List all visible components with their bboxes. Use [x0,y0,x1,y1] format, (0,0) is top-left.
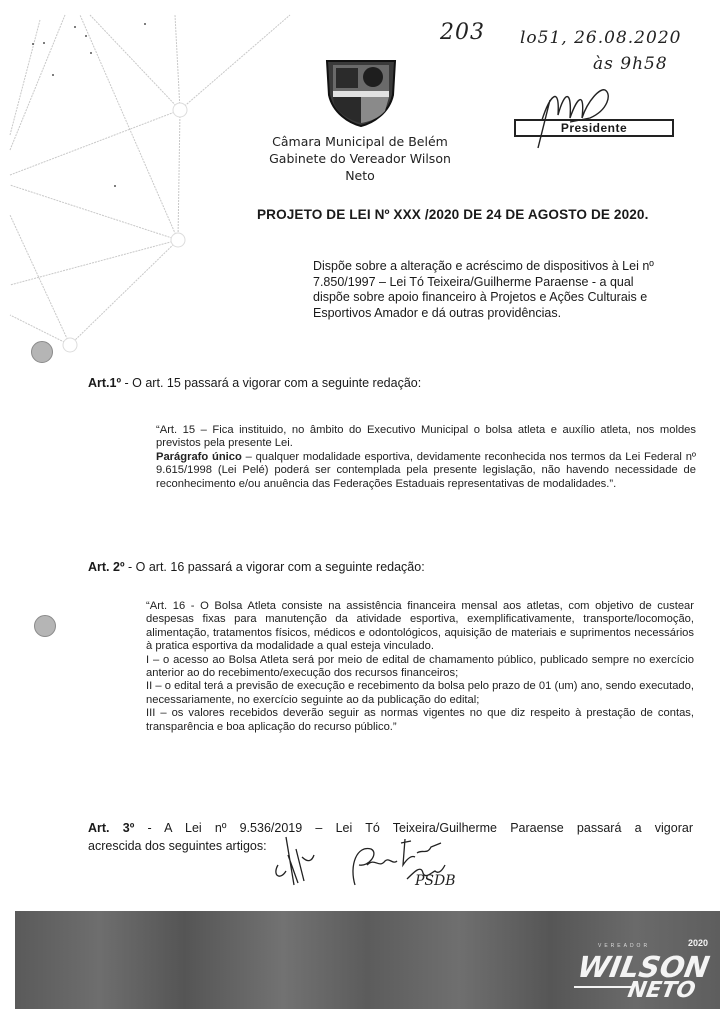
initials-signature [268,835,320,890]
president-stamp: Presidente [514,119,674,137]
article-16-item-2: II – o edital terá a previsão de execuçã… [146,680,694,707]
institution-name: Câmara Municipal de Belém [255,133,465,150]
brand-underline [574,986,634,988]
article-2-text: - O art. 16 passará a vigorar com a segu… [125,560,425,574]
article-1-label: Art.1º [88,376,121,390]
article-2-heading: Art. 2º - O art. 16 passará a vigorar co… [88,560,425,574]
article-3-continuation: acrescida dos seguintes artigos: [88,839,267,853]
handwritten-protocol-date: lo51, 26.08.2020 [520,28,681,48]
article-16-caput: “Art. 16 - O Bolsa Atleta consiste na as… [146,600,694,654]
article-1-text: - O art. 15 passará a vigorar com a segu… [121,376,421,390]
president-signature [530,80,620,150]
councilor-signature: PSDB [345,835,465,890]
article-15-caput: “Art. 15 – Fica instituido, no âmbito do… [156,424,696,451]
brand-small-text: VEREADOR [598,943,650,949]
decorative-circle [31,341,53,363]
article-16-item-1: I – o acesso ao Bolsa Atleta será por me… [146,654,694,681]
article-1-heading: Art.1º - O art. 15 passará a vigorar com… [88,376,421,390]
brand-badge: 2020 [688,938,708,948]
article-2-label: Art. 2º [88,560,125,574]
office-name: Gabinete do Vereador Wilson Neto [255,150,465,184]
decorative-network-lines [0,0,300,380]
letterhead: Câmara Municipal de Belém Gabinete do Ve… [255,133,465,184]
wilson-neto-logo: VEREADOR 2020 WILSON NETO [568,938,718,1008]
article-3-label: Art. 3º [88,821,134,835]
article-3-text: - A Lei nº 9.536/2019 – Lei Tó Teixeira/… [134,821,693,835]
paragraph-label: Parágrafo único [156,451,242,463]
party-annotation: PSDB [414,873,456,889]
handwritten-protocol-time: às 9h58 [593,54,668,74]
document-title: PROJETO DE LEI Nº XXX /2020 DE 24 DE AGO… [257,207,648,222]
decorative-circle [34,615,56,637]
article-1-quote: “Art. 15 – Fica instituido, no âmbito do… [156,424,696,491]
brand-surname: NETO [626,978,698,1003]
city-crest-icon [323,55,399,127]
article-15-paragraph: Parágrafo único – qualquer modalidade es… [156,451,696,491]
handwritten-protocol-number: 203 [440,20,485,45]
ementa: Dispõe sobre a alteração e acréscimo de … [313,259,673,321]
article-2-quote: “Art. 16 - O Bolsa Atleta consiste na as… [146,600,694,734]
article-16-item-3: III – os valores recebidos deverão segui… [146,707,694,734]
